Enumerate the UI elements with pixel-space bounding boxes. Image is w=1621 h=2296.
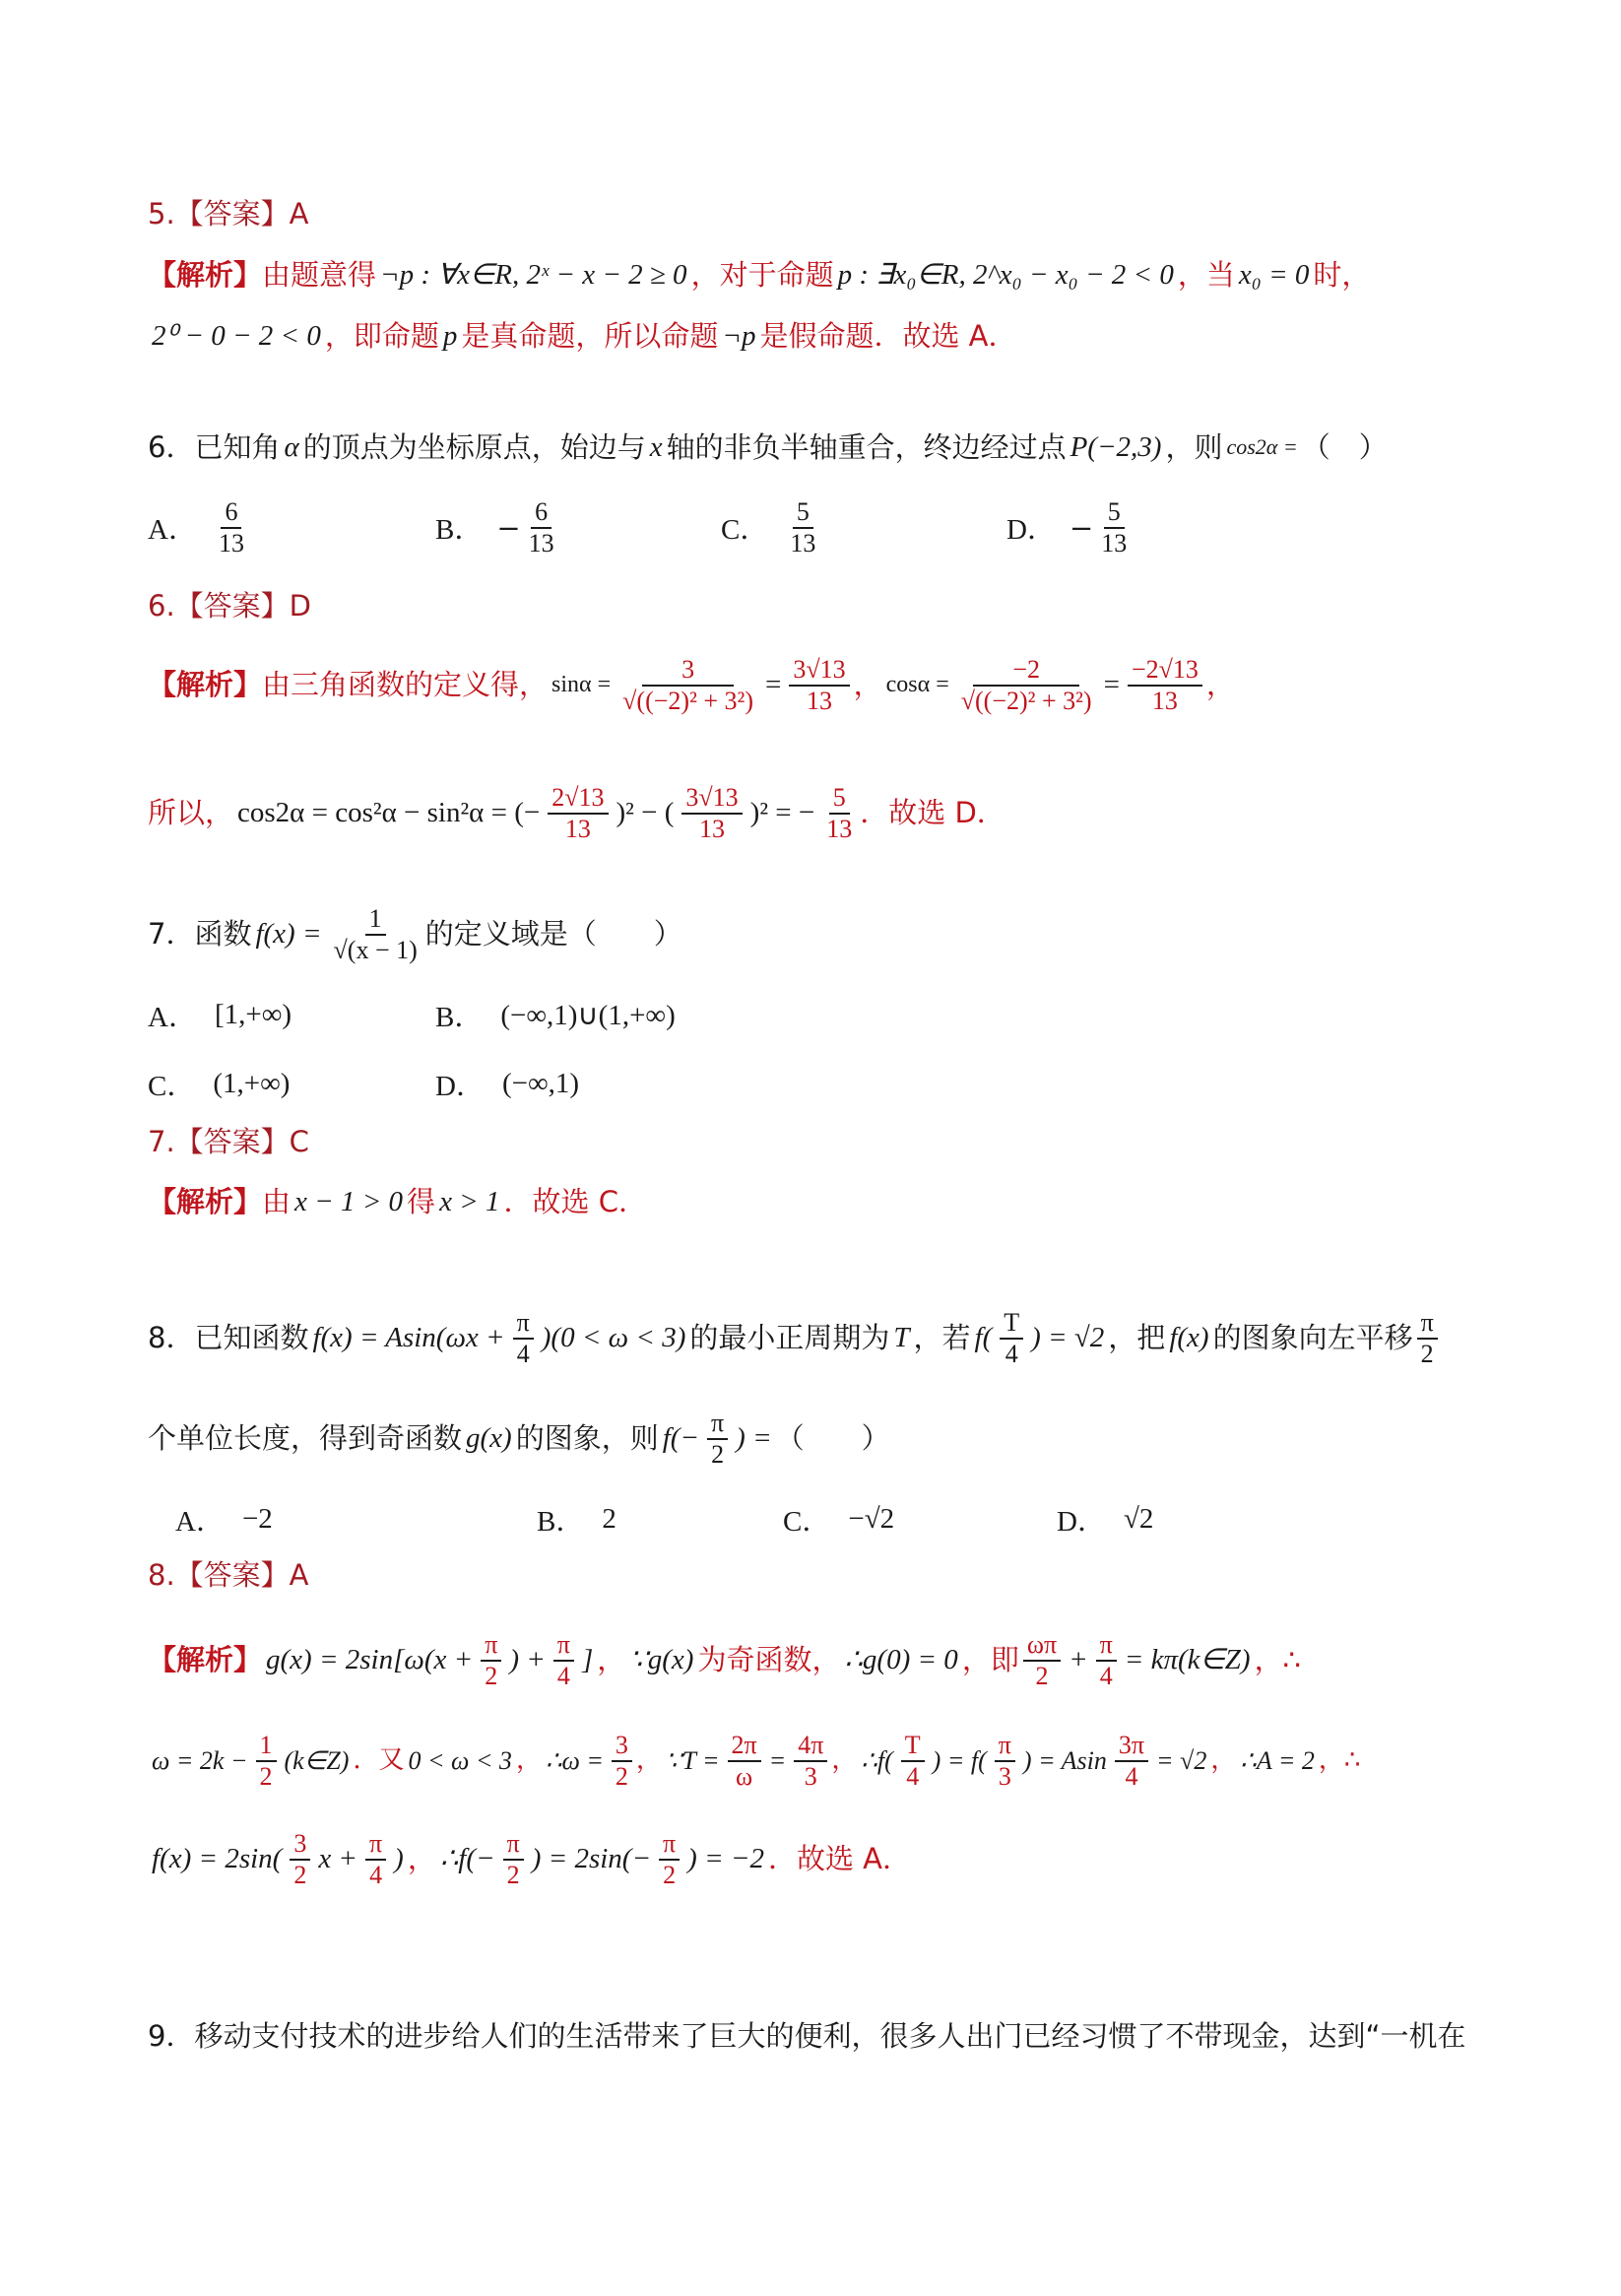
fraction: T4 — [901, 1731, 925, 1792]
q7-option-b[interactable]: B． (−∞,1)∪(1,+∞) — [435, 995, 680, 1035]
q6-stem: 6．已知角 α 的顶点为坐标原点，始边与 x 轴的非负半轴重合，终边经过点 P(… — [148, 430, 1388, 465]
numerator: 3π — [1115, 1731, 1148, 1762]
math-expr: 0 < ω < 3 — [408, 1745, 511, 1776]
denominator: 2 — [707, 1440, 728, 1470]
analysis-tag: 【解析】 — [148, 1185, 262, 1219]
option-value: 2 — [602, 1503, 616, 1536]
text: ， — [831, 1745, 857, 1776]
numerator: π — [553, 1630, 574, 1662]
fraction: 2πω — [728, 1731, 761, 1792]
text: 8．已知函数 — [148, 1321, 308, 1355]
q7-option-c[interactable]: C． (1,+∞) — [148, 1064, 293, 1104]
math-expr: x — [650, 430, 663, 465]
math-expr: g(x) = 2sin[ω(x + — [266, 1643, 473, 1677]
math-expr: T — [893, 1321, 909, 1355]
option-label: A． — [148, 507, 197, 548]
option-label: A． — [148, 995, 197, 1035]
denominator: 13 — [822, 815, 856, 844]
numerator: 5 — [793, 497, 813, 529]
q8-analysis-line-1: 【解析】 g(x) = 2sin[ω(x + π2 ) + π4 ] ， ∵g(… — [148, 1630, 1301, 1691]
q8-analysis-line-2: ω = 2k − 12 (k∈Z) ．又 0 < ω < 3 ， ∴ω = 32… — [148, 1731, 1360, 1792]
numerator: 1 — [365, 904, 386, 936]
fraction: 613 — [525, 497, 558, 558]
numerator: 2√13 — [548, 783, 608, 815]
text: ，即命题 — [325, 319, 439, 354]
numerator: 6 — [531, 497, 551, 529]
math-expr: f( — [975, 1321, 993, 1355]
denominator: 4 — [1121, 1762, 1141, 1792]
numerator: 6 — [221, 497, 241, 529]
option-label: C． — [783, 1499, 830, 1540]
text: 的定义域是（ ） — [425, 917, 682, 951]
numerator: π — [707, 1409, 728, 1440]
denominator: 13 — [695, 815, 729, 844]
q6-option-b[interactable]: B． − 613 — [435, 497, 562, 558]
math-expr: x + — [318, 1842, 357, 1876]
option-value: √2 — [1124, 1503, 1153, 1536]
fraction: 2√1313 — [548, 783, 608, 844]
q8-stem-line-2: 个单位长度，得到奇函数 g(x) 的图象，则 f(− π2 ) = （ ） — [148, 1409, 890, 1470]
numerator: T — [901, 1731, 925, 1762]
text: ， — [408, 1842, 436, 1876]
text: （ ） — [776, 1421, 890, 1456]
fraction: 3√((−2)² + 3²) — [618, 655, 757, 716]
denominator: 4 — [553, 1662, 574, 1691]
option-value: −√2 — [848, 1503, 894, 1536]
q8-option-d[interactable]: D． √2 — [1057, 1499, 1157, 1540]
text: 为奇函数， — [697, 1643, 840, 1677]
math-expr: = kπ(k∈Z) — [1125, 1643, 1251, 1677]
text: 6．已知角 — [148, 430, 280, 465]
numerator: 3√13 — [789, 655, 849, 687]
numerator: 3√13 — [681, 783, 742, 815]
denominator: 13 — [525, 529, 558, 558]
option-label: B． — [537, 1499, 584, 1540]
fraction: 513 — [822, 783, 856, 844]
text: ， — [516, 1745, 542, 1776]
math-expr: ) = √2 — [1031, 1321, 1104, 1355]
numerator: π — [481, 1630, 501, 1662]
math-expr: ) = 2sin(− — [532, 1842, 651, 1876]
math-expr: (k∈Z) — [285, 1745, 350, 1776]
text: 7．函数 — [148, 917, 251, 951]
fraction: 32 — [612, 1731, 632, 1792]
denominator: 13 — [1097, 529, 1131, 558]
text: 轴的非负半轴重合，终边经过点 — [667, 430, 1067, 465]
math-expr: g(x) — [466, 1421, 512, 1456]
answer-text: 5.【答案】A — [148, 197, 309, 231]
text: ， — [597, 1643, 625, 1677]
option-label: C． — [148, 1064, 195, 1104]
option-value: (1,+∞) — [213, 1068, 290, 1100]
fraction: π4 — [365, 1829, 386, 1890]
q5-analysis-line-2: 2⁰ − 0 − 2 < 0 ，即命题 p 是真命题，所以命题 ¬p 是假命题．… — [148, 319, 1017, 354]
fraction: π4 — [1096, 1630, 1117, 1691]
math-expr: = — [1104, 668, 1120, 702]
text: ．又 — [353, 1745, 404, 1776]
math-expr: )² = − — [750, 796, 815, 830]
numerator: 1 — [256, 1731, 277, 1762]
text: 得 — [407, 1185, 435, 1219]
numerator: 5 — [829, 783, 850, 815]
math-expr: 2⁰ − 0 − 2 < 0 — [152, 319, 321, 354]
fraction: π2 — [481, 1630, 501, 1691]
fraction: −2√1313 — [1128, 655, 1202, 716]
numerator: T — [1000, 1308, 1023, 1340]
text: ，若 — [914, 1321, 971, 1355]
math-expr: f(x) = Asin(ωx + — [312, 1321, 504, 1355]
option-value: (−∞,1) — [502, 1068, 579, 1100]
text: 的图象向左平移 — [1213, 1321, 1413, 1355]
math-expr: = √2 — [1156, 1745, 1206, 1776]
numerator: ωπ — [1023, 1630, 1061, 1662]
denominator: 4 — [902, 1762, 923, 1792]
text: ，∴ — [1319, 1745, 1361, 1776]
q6-option-c[interactable]: C． 513 — [721, 497, 823, 558]
text: ， — [636, 1745, 662, 1776]
text: ，当 — [1178, 258, 1235, 293]
text: （ ） — [1302, 430, 1388, 465]
math-expr: ∴f(− — [440, 1842, 495, 1876]
text: 由 — [262, 1185, 291, 1219]
option-label: D． — [1006, 507, 1056, 548]
denominator: 13 — [803, 687, 836, 716]
answer-text: 8.【答案】A — [148, 1558, 309, 1593]
math-expr: ω = 2k − — [152, 1745, 248, 1776]
denominator: 2 — [1417, 1340, 1438, 1369]
math-expr: sinα = — [551, 671, 611, 699]
q5-answer-label: 5.【答案】A — [148, 197, 309, 231]
option-label: C． — [721, 507, 768, 548]
q6-analysis-line-1: 【解析】 由三角函数的定义得， sinα = 3√((−2)² + 3²) = … — [148, 655, 1235, 716]
option-label: D． — [435, 1064, 485, 1104]
q8-analysis-line-3: f(x) = 2sin( 32 x + π4 ) ， ∴f(− π2 ) = 2… — [148, 1829, 911, 1890]
text: ．故选 C． — [504, 1185, 647, 1219]
numerator: −2 — [973, 655, 1079, 687]
option-value: [1,+∞) — [215, 999, 292, 1031]
answer-text: 7.【答案】C — [148, 1125, 309, 1159]
numerator: 2π — [728, 1731, 761, 1762]
sign: − — [496, 511, 520, 545]
q7-option-a[interactable]: A． [1,+∞) — [148, 995, 295, 1035]
text: ， — [854, 668, 882, 702]
math-expr: p : ∃x₀∈R, 2^x₀ − x₀ − 2 < 0 — [838, 258, 1174, 293]
fraction: 3√1313 — [681, 783, 742, 844]
fraction: 513 — [1097, 497, 1131, 558]
denominator: 13 — [786, 529, 819, 558]
q8-option-b[interactable]: B． 2 — [537, 1499, 620, 1540]
math-expr: ) = f( — [933, 1745, 987, 1776]
text: 由三角函数的定义得， — [262, 668, 548, 702]
answer-text: 6.【答案】D — [148, 589, 311, 623]
text: 是假命题．故选 A． — [759, 319, 1016, 354]
math-expr: ) = −2 — [687, 1842, 764, 1876]
math-expr: ¬p — [722, 319, 755, 354]
text: ．故选 A． — [768, 1842, 911, 1876]
denominator: 2 — [503, 1861, 524, 1890]
text: ， — [1210, 1745, 1236, 1776]
math-expr: x − 1 > 0 — [294, 1185, 403, 1219]
math-expr: f(x) — [1169, 1321, 1208, 1355]
option-value: (−∞,1)∪(1,+∞) — [500, 998, 675, 1032]
text: 个单位长度，得到奇函数 — [148, 1421, 462, 1456]
fraction: π2 — [503, 1829, 524, 1890]
q8-option-a[interactable]: A． −2 — [175, 1499, 277, 1540]
q8-option-c[interactable]: C． −√2 — [783, 1499, 898, 1540]
analysis-tag: 【解析】 — [148, 258, 262, 293]
fraction: 4π3 — [794, 1731, 827, 1792]
fraction: 12 — [256, 1731, 277, 1792]
option-label: B． — [435, 995, 483, 1035]
math-expr: x > 1 — [439, 1185, 499, 1219]
q6-analysis-line-2: 所以， cos2α = cos²α − sin²α = (− 2√1313 )²… — [148, 783, 1005, 844]
math-expr: cos2α = cos²α − sin²α = (− — [237, 796, 540, 830]
fraction: 3√1313 — [789, 655, 849, 716]
denominator: 13 — [215, 529, 248, 558]
numerator: 5 — [1104, 497, 1125, 529]
math-expr: ∴f( — [861, 1745, 892, 1776]
denominator: 3 — [995, 1762, 1015, 1792]
fraction: T4 — [1000, 1308, 1023, 1369]
denominator: 4 — [1096, 1662, 1117, 1691]
q7-analysis: 【解析】 由 x − 1 > 0 得 x > 1 ．故选 C． — [148, 1185, 647, 1219]
fraction: π2 — [659, 1829, 680, 1890]
math-expr: p — [443, 319, 458, 354]
fraction: 32 — [290, 1829, 310, 1890]
math-expr: cosα = — [886, 671, 949, 699]
fraction: π3 — [995, 1731, 1015, 1792]
denominator: 13 — [1148, 687, 1182, 716]
math-expr: x₀ = 0 — [1239, 258, 1310, 293]
fraction: 513 — [786, 497, 819, 558]
analysis-tag: 【解析】 — [148, 668, 262, 702]
text: ．故选 D． — [860, 796, 1005, 830]
math-expr: ) = Asin — [1023, 1745, 1107, 1776]
analysis-tag: 【解析】 — [148, 1643, 262, 1677]
q7-answer-label: 7.【答案】C — [148, 1125, 309, 1159]
numerator: π — [513, 1308, 534, 1340]
fraction: −2√((−2)² + 3²) — [957, 655, 1096, 716]
text: ，把 — [1108, 1321, 1165, 1355]
math-expr: )(0 < ω < 3) — [542, 1321, 686, 1355]
math-expr: ) + — [509, 1643, 545, 1677]
math-expr: f(x) = 2sin( — [152, 1842, 282, 1876]
fraction: π2 — [707, 1409, 728, 1470]
math-expr: ∴ω = — [546, 1745, 604, 1776]
math-expr: ∵g(x) — [629, 1643, 693, 1677]
numerator: 3 — [290, 1829, 310, 1861]
fraction: π4 — [513, 1308, 534, 1369]
numerator: π — [659, 1829, 680, 1861]
fraction: ωπ2 — [1023, 1630, 1061, 1691]
denominator: 4 — [1002, 1340, 1022, 1369]
math-expr: f(− — [663, 1421, 699, 1456]
math-expr: ] — [582, 1643, 593, 1677]
fraction: 613 — [215, 497, 248, 558]
denominator: 2 — [1031, 1662, 1052, 1691]
text: 由题意得 — [262, 258, 376, 293]
math-expr: ) — [394, 1842, 404, 1876]
text: ， — [1206, 668, 1235, 702]
q6-answer-label: 6.【答案】D — [148, 589, 311, 623]
fraction: 3π4 — [1115, 1731, 1148, 1792]
math-expr: P(−2,3) — [1070, 430, 1162, 465]
numerator: π — [995, 1731, 1015, 1762]
sign: − — [1070, 511, 1093, 545]
denominator: √((−2)² + 3²) — [618, 687, 757, 716]
text: 时， — [1313, 258, 1370, 293]
denominator: 2 — [612, 1762, 632, 1792]
fraction: 1√(x − 1) — [330, 904, 421, 965]
math-expr: = — [769, 1745, 787, 1776]
math-expr: ¬p : ∀x∈R, 2ˣ − x − 2 ≥ 0 — [380, 258, 687, 293]
math-expr: = — [765, 668, 781, 702]
numerator: π — [1096, 1630, 1117, 1662]
math-expr: + — [1069, 1643, 1088, 1677]
denominator: √((−2)² + 3²) — [957, 687, 1096, 716]
math-expr: ∴g(0) = 0 — [844, 1643, 957, 1677]
math-expr: ) = — [736, 1421, 771, 1456]
text: 的最小正周期为 — [689, 1321, 889, 1355]
text: ，对于命题 — [691, 258, 834, 293]
numerator: −2√13 — [1128, 655, 1202, 687]
text: ，∴ — [1255, 1643, 1301, 1677]
q9-stem: 9．移动支付技术的进步给人们的生活带来了巨大的便利，很多人出门已经习惯了不带现金… — [148, 2019, 1465, 2054]
option-label: A． — [175, 1499, 225, 1540]
text: ，即 — [962, 1643, 1019, 1677]
math-expr: )² − ( — [616, 796, 675, 830]
math-expr: α — [284, 430, 298, 465]
denominator: √(x − 1) — [330, 936, 421, 965]
fraction: π2 — [1417, 1308, 1438, 1369]
denominator: ω — [732, 1762, 756, 1792]
denominator: 3 — [801, 1762, 821, 1792]
text: 的顶点为坐标原点，始边与 — [303, 430, 646, 465]
numerator: π — [365, 1829, 386, 1861]
q8-answer-label: 8.【答案】A — [148, 1558, 309, 1593]
denominator: 4 — [513, 1340, 534, 1369]
text: 所以， — [148, 796, 233, 830]
q7-option-d[interactable]: D． (−∞,1) — [435, 1064, 583, 1104]
denominator: 2 — [659, 1861, 680, 1890]
math-expr: cos2α = — [1226, 434, 1297, 460]
text: ，则 — [1165, 430, 1222, 465]
numerator: π — [503, 1829, 524, 1861]
q6-option-d[interactable]: D． − 513 — [1006, 497, 1135, 558]
math-expr: ∴A = 2 — [1240, 1745, 1315, 1776]
text: 9．移动支付技术的进步给人们的生活带来了巨大的便利，很多人出门已经习惯了不带现金… — [148, 2019, 1465, 2054]
numerator: 3 — [612, 1731, 632, 1762]
numerator: π — [1417, 1308, 1438, 1340]
math-expr: f(x) = — [255, 917, 321, 951]
q5-analysis-line-1: 【解析】 由题意得 ¬p : ∀x∈R, 2ˣ − x − 2 ≥ 0 ，对于命… — [148, 258, 1370, 293]
numerator: 4π — [794, 1731, 827, 1762]
option-label: B． — [435, 507, 483, 548]
denominator: 4 — [365, 1861, 386, 1890]
text: 的图象，则 — [516, 1421, 659, 1456]
math-expr: ∵T = — [666, 1745, 720, 1776]
text: 是真命题，所以命题 — [461, 319, 718, 354]
denominator: 2 — [481, 1662, 501, 1691]
denominator: 2 — [290, 1861, 310, 1890]
denominator: 2 — [256, 1762, 277, 1792]
numerator: 3 — [642, 655, 734, 687]
q7-stem: 7．函数 f(x) = 1√(x − 1) 的定义域是（ ） — [148, 904, 682, 965]
denominator: 13 — [561, 815, 595, 844]
fraction: π4 — [553, 1630, 574, 1691]
q6-option-a[interactable]: A． 613 — [148, 497, 252, 558]
q8-stem-line-1: 8．已知函数 f(x) = Asin(ωx + π4 )(0 < ω < 3) … — [148, 1308, 1442, 1369]
option-label: D． — [1057, 1499, 1106, 1540]
option-value: −2 — [242, 1503, 273, 1536]
